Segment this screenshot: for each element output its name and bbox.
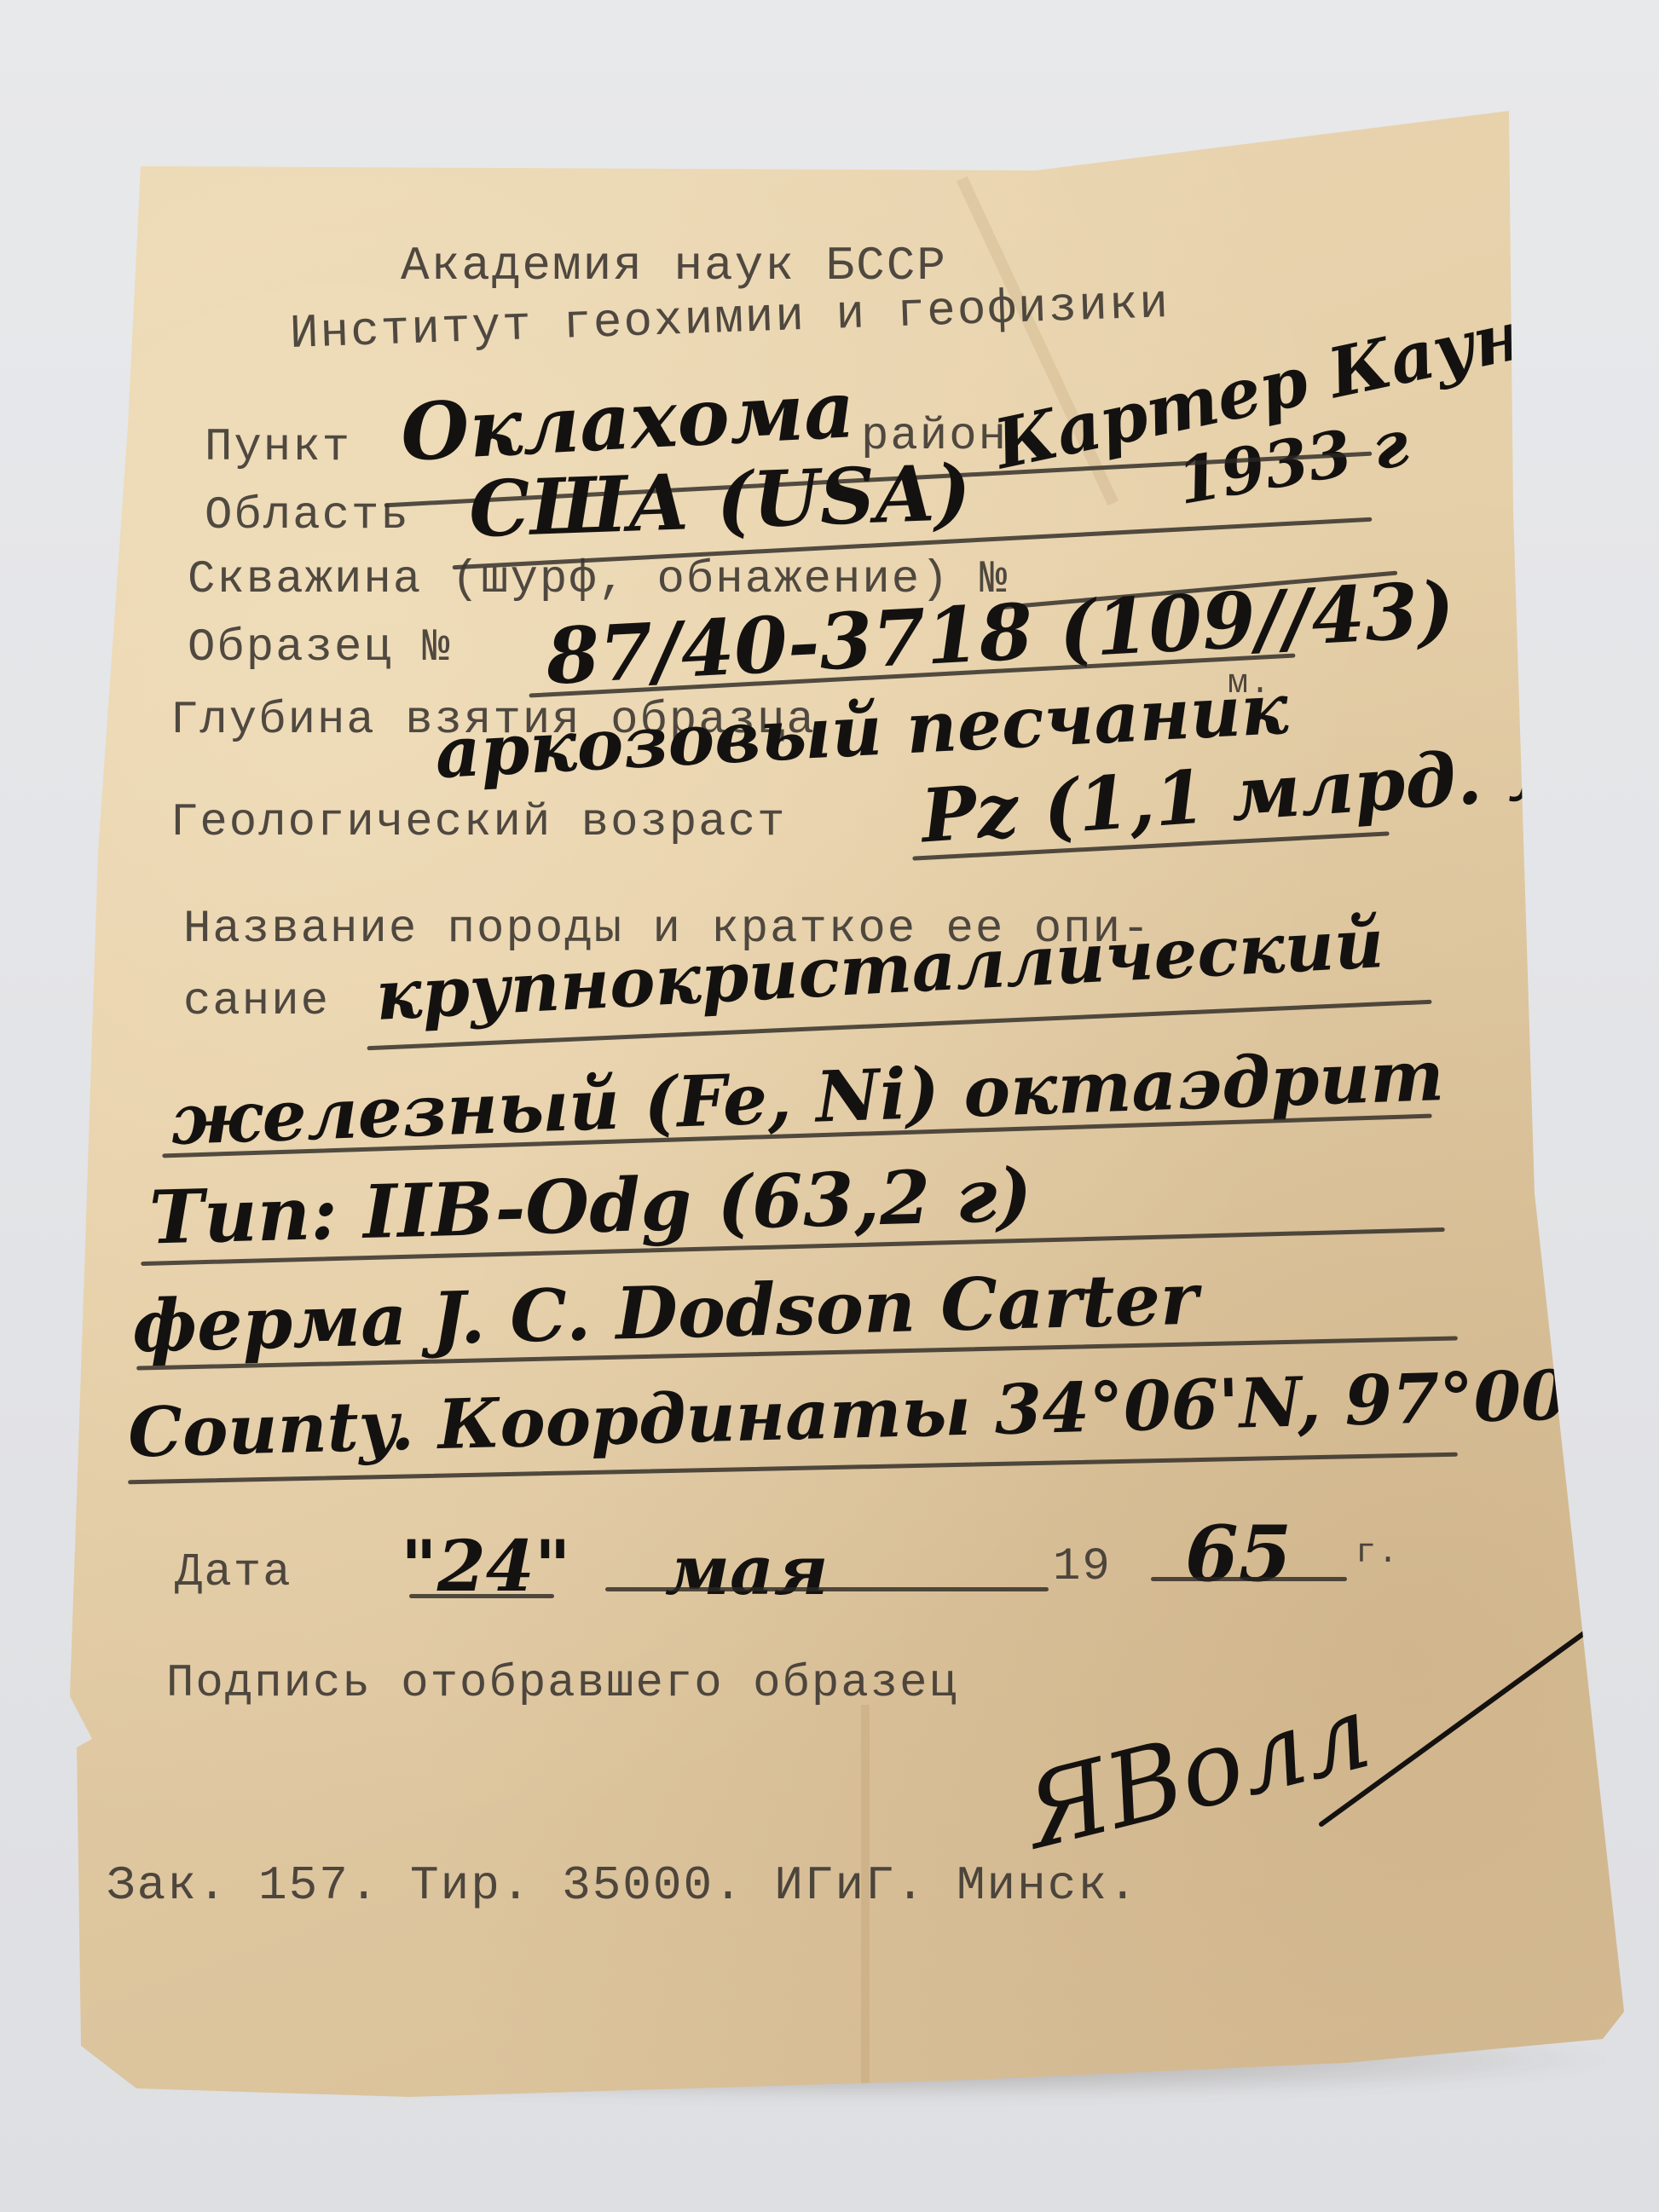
signature-label: Подпись отобравшего образец xyxy=(166,1658,958,1710)
header-academy: Академия наук БССР xyxy=(401,239,947,293)
date-year-prefix: 19 xyxy=(1053,1541,1112,1593)
region-label: Область xyxy=(205,490,410,542)
underline xyxy=(409,1594,554,1598)
age-label: Геологический возраст xyxy=(171,797,787,849)
desc-line-4: ферма J. C. Dodson Carter xyxy=(131,1256,1199,1369)
sample-label-card: Академия наук БССР Институт геохимии и г… xyxy=(0,0,1659,2212)
region-value: США (USA) xyxy=(467,448,972,555)
date-month: мая xyxy=(665,1530,829,1610)
desc-line-2: железный (Fe, Ni) октаэдрит xyxy=(170,1035,1446,1161)
date-year-unit: г. xyxy=(1356,1534,1400,1573)
print-footer: Зак. 157. Тир. 35000. ИГиГ. Минск. xyxy=(107,1858,1139,1913)
sample-label: Образец № xyxy=(188,622,452,674)
date-year-suffix: 65 xyxy=(1185,1509,1292,1599)
desc-label-2: сание xyxy=(183,976,330,1028)
underline xyxy=(605,1587,1049,1591)
underline xyxy=(1151,1577,1347,1581)
date-label: Дата xyxy=(175,1547,292,1599)
signature-stroke xyxy=(1313,1611,1620,1833)
point-label: Пункт xyxy=(205,422,351,474)
